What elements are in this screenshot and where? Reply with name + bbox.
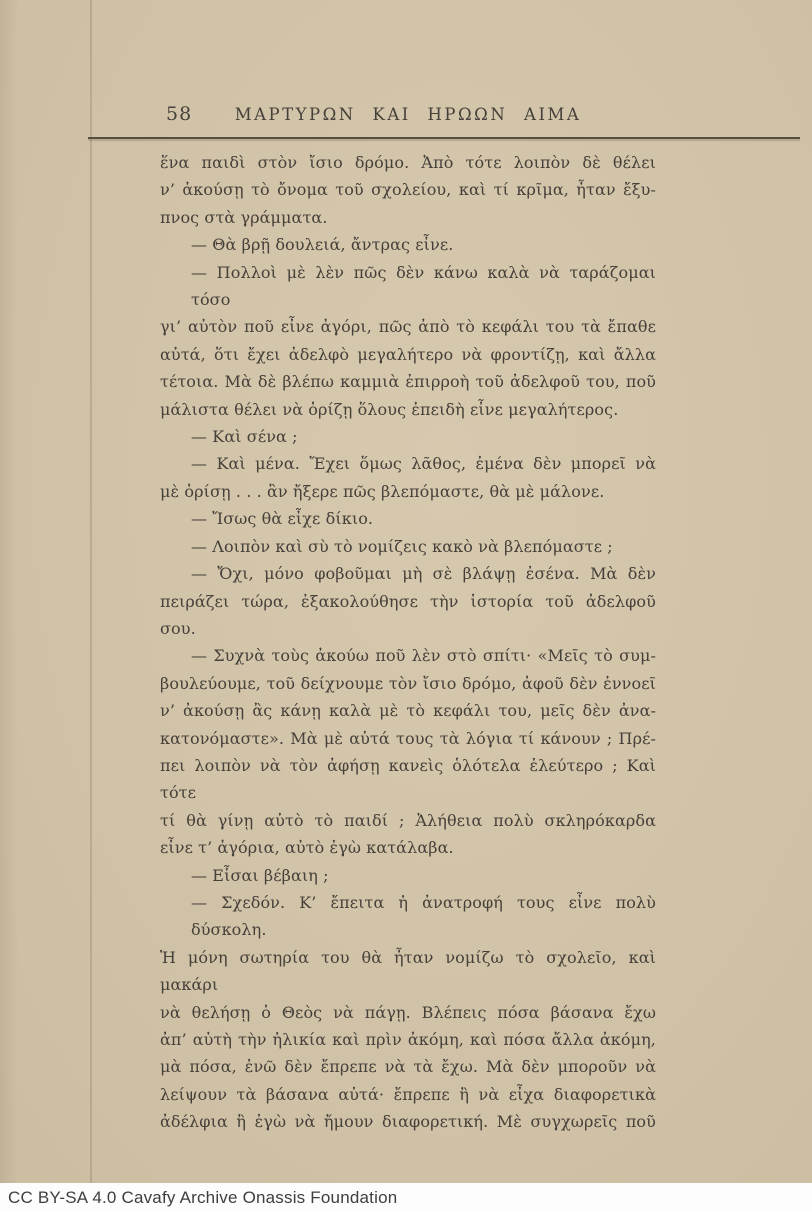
- text-line: — Συχνὰ τοὺς ἀκούω ποῦ λὲν στὸ σπίτι· «Μ…: [160, 642, 656, 669]
- text-line: — Λοιπὸν καὶ σὺ τὸ νομίζεις κακὸ νὰ βλεπ…: [160, 533, 656, 560]
- text-line: πνος στὰ γράμματα.: [160, 204, 656, 231]
- text-line: τέτοια. Μὰ δὲ βλέπω καμμιὰ ἐπιρροὴ τοῦ ἀ…: [160, 368, 656, 395]
- page-fold-shadow: [90, 0, 92, 1183]
- text-line: μὰ πόσα, ἐνῶ δὲν ἔπρεπε νὰ τὰ ἔχω. Μὰ δὲ…: [160, 1053, 656, 1080]
- text-line: — Ἴσως θὰ εἶχε δίκιο.: [160, 505, 656, 532]
- running-title: ΜΑΡΤΥΡΩΝ ΚΑΙ ΗΡΩΩΝ ΑΙΜΑ: [160, 105, 656, 124]
- text-line: βουλεύουμε, τοῦ δείχνουμε τὸν ἴσιο δρόμο…: [160, 670, 656, 697]
- license-bar: CC BY-SA 4.0 Cavafy Archive Onassis Foun…: [0, 1183, 812, 1212]
- text-line: — Πολλοὶ μὲ λὲν πῶς δὲν κάνω καλὰ νὰ ταρ…: [160, 259, 656, 314]
- text-line: μάλιστα θέλει νὰ ὁρίζῃ ὅλους ἐπειδὴ εἶνε…: [160, 396, 656, 423]
- text-line: — Σχεδόν. Κ’ ἔπειτα ἡ ἀνατροφή τους εἶνε…: [160, 889, 656, 944]
- text-line: — Ὄχι, μόνο φοβοῦμαι μὴ σὲ βλάψῃ ἐσένα. …: [160, 560, 656, 587]
- text-line: Ἡ μόνη σωτηρία του θὰ ἦταν νομίζω τὸ σχο…: [160, 944, 656, 999]
- text-line: λείψουν τὰ βάσανα αὐτά· ἔπρεπε ἢ νὰ εἶχα…: [160, 1081, 656, 1108]
- text-line: εἶνε τ’ ἀγόρια, αὐτὸ ἐγὼ κατάλαβα.: [160, 834, 656, 861]
- text-line: ν’ ἀκούσῃ τὸ ὄνομα τοῦ σχολείου, καὶ τί …: [160, 176, 656, 203]
- text-line: ἀπ’ αὐτὴ τὴν ἡλικία καὶ πρὶν ἀκόμη, καὶ …: [160, 1026, 656, 1053]
- text-line: γι’ αὐτὸν ποῦ εἶνε ἀγόρι, πῶς ἀπὸ τὸ κεφ…: [160, 313, 656, 340]
- text-line: ν’ ἀκούσῃ ἂς κάνῃ καλὰ μὲ τὸ κεφάλι του,…: [160, 697, 656, 724]
- license-text: CC BY-SA 4.0 Cavafy Archive Onassis Foun…: [0, 1188, 397, 1208]
- text-line: τί θὰ γίνῃ αὐτὸ τὸ παιδί ; Ἀλήθεια πολὺ …: [160, 807, 656, 834]
- text-line: ἀδέλφια ἢ ἐγὼ νὰ ἤμουν διαφορετική. Μὲ σ…: [160, 1108, 656, 1135]
- page-header: 58 ΜΑΡΤΥΡΩΝ ΚΑΙ ΗΡΩΩΝ ΑΙΜΑ: [160, 103, 656, 129]
- text-line: πει λοιπὸν νὰ τὸν ἀφήσῃ κανεὶς ὁλότελα ἐ…: [160, 752, 656, 807]
- text-line: — Καὶ σένα ;: [160, 423, 656, 450]
- text-line: κατονόμαστε». Μὰ μὲ αὐτά τους τὰ λόγια τ…: [160, 725, 656, 752]
- text-line: — Εἶσαι βέβαιη ;: [160, 862, 656, 889]
- text-line: — Καὶ μένα. Ἔχει ὅμως λᾶθος, ἐμένα δὲν μ…: [160, 450, 656, 477]
- page-scan: 58 ΜΑΡΤΥΡΩΝ ΚΑΙ ΗΡΩΩΝ ΑΙΜΑ ἕνα παιδὶ στὸ…: [0, 0, 812, 1183]
- text-line: νὰ θελήσῃ ὁ Θεὸς νὰ πάγῃ. Βλέπεις πόσα β…: [160, 999, 656, 1026]
- text-line: — Θὰ βρῇ δουλειά, ἄντρας εἶνε.: [160, 231, 656, 258]
- text-block: ἕνα παιδὶ στὸν ἴσιο δρόμο. Ἀπὸ τότε λοιπ…: [160, 149, 656, 1136]
- text-line: πειράζει τώρα, ἐξακολούθησε τὴν ἱστορία …: [160, 588, 656, 643]
- header-rule: [88, 137, 800, 139]
- text-line: ἕνα παιδὶ στὸν ἴσιο δρόμο. Ἀπὸ τότε λοιπ…: [160, 149, 656, 176]
- text-line: αὐτά, ὅτι ἔχει ἀδελφὸ μεγαλήτερο νὰ φρον…: [160, 341, 656, 368]
- text-line: μὲ ὁρίσῃ . . . ἂν ἤξερε πῶς βλεπόμαστε, …: [160, 478, 656, 505]
